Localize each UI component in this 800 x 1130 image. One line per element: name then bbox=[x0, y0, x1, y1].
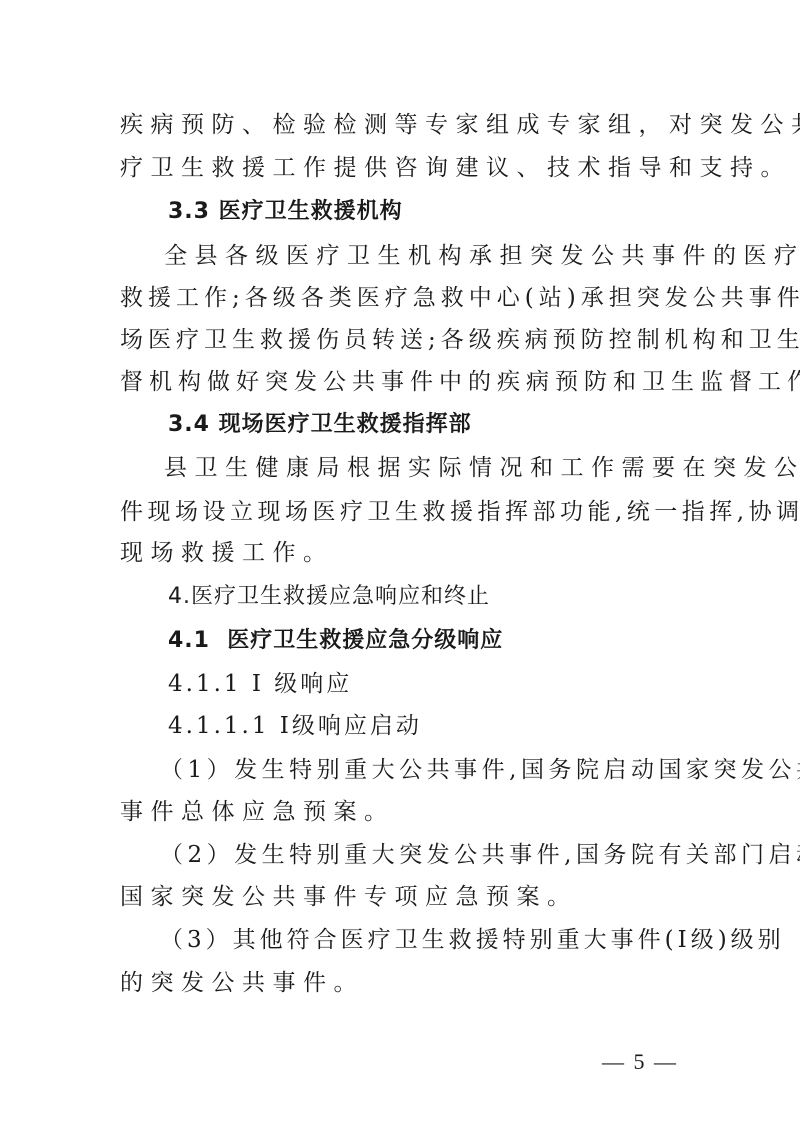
section-heading-4-1: 4.1 医疗卫生救援应急分级响应 bbox=[168, 626, 680, 656]
body-line: 督机构做好突发公共事件中的疾病预防和卫生监督工作。 bbox=[120, 367, 680, 397]
subsection-heading-4-1-1-1: 4.1.1.1 Ⅰ级响应启动 bbox=[168, 711, 680, 741]
list-item-3: （3）其他符合医疗卫生救援特别重大事件(Ⅰ级)级别 bbox=[160, 925, 676, 955]
subsection-heading-4-1-1: 4.1.1 Ⅰ 级响应 bbox=[168, 669, 680, 699]
body-line: 救援工作;各级各类医疗急救中心(站)承担突发公共事件现 bbox=[120, 283, 680, 313]
body-line: 现场救援工作。 bbox=[120, 538, 680, 568]
body-line-1: 疾病预防、检验检测等专家组成专家组，对突发公共事件医 bbox=[120, 110, 680, 140]
page-number: — 5 — bbox=[600, 1048, 680, 1076]
list-item-2: （2）发生特别重大突发公共事件,国务院有关部门启动 bbox=[160, 840, 676, 870]
body-line: 国家突发公共事件专项应急预案。 bbox=[120, 882, 680, 912]
section-heading-4: 4.医疗卫生救援应急响应和终止 bbox=[168, 582, 680, 612]
body-line: 场医疗卫生救援伤员转送;各级疾病预防控制机构和卫生监 bbox=[120, 325, 680, 355]
section-heading-3-4: 3.4 现场医疗卫生救援指挥部 bbox=[168, 410, 680, 440]
list-item-1: （1）发生特别重大公共事件,国务院启动国家突发公共 bbox=[160, 755, 676, 785]
body-line: 件现场设立现场医疗卫生救援指挥部功能,统一指挥,协调 bbox=[120, 497, 680, 527]
paragraph-line: 全县各级医疗卫生机构承担突发公共事件的医疗卫生 bbox=[164, 241, 680, 271]
section-heading-3-3: 3.3 医疗卫生救援机构 bbox=[168, 197, 680, 227]
body-line: 事件总体应急预案。 bbox=[120, 797, 680, 827]
body-line-2: 疗卫生救援工作提供咨询建议、技术指导和支持。 bbox=[120, 153, 680, 183]
body-line: 的突发公共事件。 bbox=[120, 968, 680, 998]
paragraph-line: 县卫生健康局根据实际情况和工作需要在突发公共事 bbox=[164, 453, 680, 483]
document-page: 疾病预防、检验检测等专家组成专家组，对突发公共事件医 疗卫生救援工作提供咨询建议… bbox=[0, 0, 800, 1130]
